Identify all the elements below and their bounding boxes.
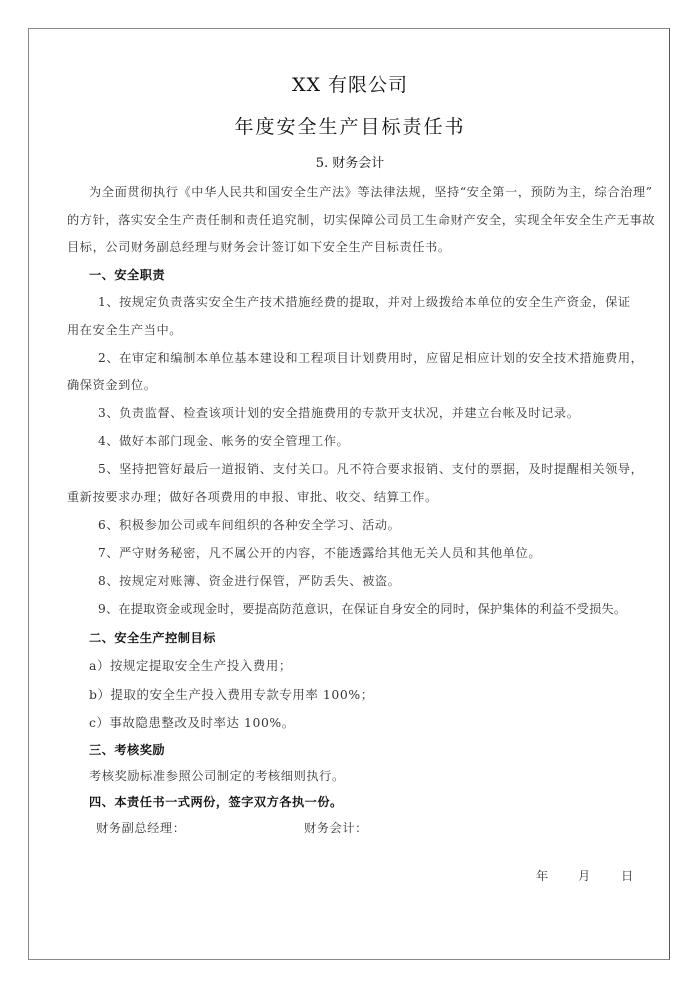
duty-item-8: 8、按规定对账簿、资金进行保管，严防丢失、被盗。 [98, 572, 400, 589]
duty-item-1-line-2: 用在安全生产当中。 [67, 321, 182, 338]
duty-item-6: 6、积极参加公司或车间组织的各种安全学习、活动。 [98, 516, 400, 533]
duty-item-9: 9、在提取资金或现金时，要提高防范意识，在保证自身安全的同时，保护集体的利益不受… [98, 600, 626, 617]
date-day: 日 [621, 867, 634, 884]
intro-line-2: 的方针，落实安全生产责任制和责任追究制，切实保障公司员工生命财产安全，实现全年安… [67, 211, 655, 228]
company-name: XX 有限公司 [0, 70, 700, 97]
duty-item-3: 3、负责监督、检查该项计划的安全措施费用的专款开支状况，并建立台帐及时记录。 [98, 404, 580, 421]
document-subtitle: 5. 财务会计 [0, 152, 700, 171]
intro-line-1: 为全面贯彻执行《中华人民共和国安全生产法》等法律法规，坚持“安全第一，预防为主，… [89, 183, 653, 200]
document-title: 年度安全生产目标责任书 [0, 112, 700, 139]
section-3-heading: 三、考核奖励 [89, 741, 165, 758]
section-3-text: 考核奖励标准参照公司制定的考核细则执行。 [89, 767, 345, 784]
date-month: 月 [578, 867, 591, 884]
intro-line-3: 目标，公司财务副总经理与财务会计签订如下安全生产目标责任书。 [67, 238, 451, 255]
section-2-heading: 二、安全生产控制目标 [89, 629, 216, 646]
duty-item-5-line-1: 5、坚持把管好最后一道报销、支付关口。凡不符合要求报销、支付的票据，及时提醒相关… [98, 460, 643, 477]
date-year: 年 [536, 867, 549, 884]
duty-item-7: 7、严守财务秘密，凡不属公开的内容，不能透露给其他无关人员和其他单位。 [98, 544, 541, 561]
section-4-heading: 四、本责任书一式两份，签字双方各执一份。 [89, 793, 343, 810]
section-1-heading: 一、安全职责 [89, 266, 165, 283]
target-item-b: b）提取的安全生产投入费用专款专用率 100%； [89, 685, 374, 703]
duty-item-2-line-1: 2、在审定和编制本单位基本建设和工程项目计划费用时，应留足相应计划的安全技术措施… [98, 349, 643, 366]
duty-item-4: 4、做好本部门现金、帐务的安全管理工作。 [98, 432, 349, 449]
duty-item-1-line-1: 1、按规定负责落实安全生产技术措施经费的提取，并对上级拨给本单位的安全生产资金，… [98, 293, 631, 310]
target-item-a: a）按规定提取安全生产投入费用； [89, 656, 292, 674]
target-item-c: c）事故隐患整改及时率达 100%。 [89, 713, 295, 731]
duty-item-5-line-2: 重新按要求办理；做好各项费用的申报、审批、收交、结算工作。 [67, 488, 438, 505]
duty-item-2-line-2: 确保资金到位。 [67, 376, 157, 393]
signature-accountant-label: 财务会计： [304, 819, 368, 836]
signature-deputy-gm-label: 财务副总经理： [96, 819, 186, 836]
